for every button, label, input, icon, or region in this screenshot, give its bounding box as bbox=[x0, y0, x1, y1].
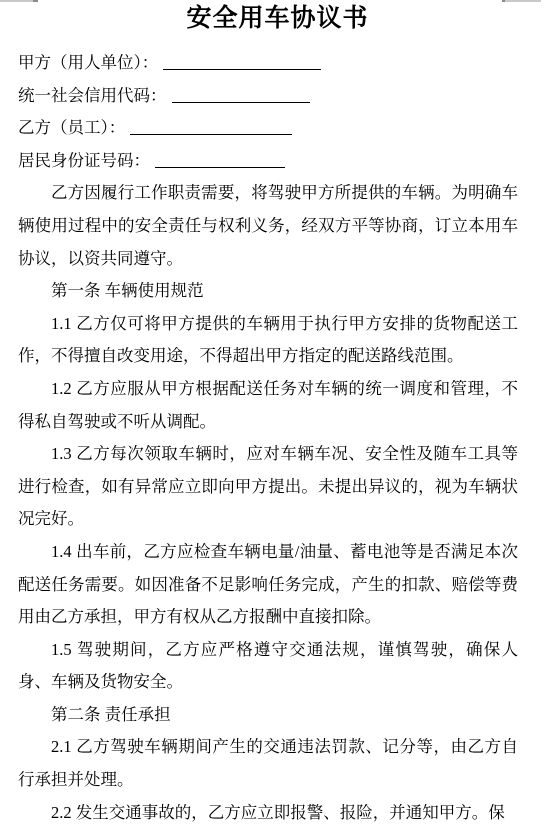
field-party-a: 甲方（用人单位）： bbox=[18, 47, 518, 80]
field-id-number-blank bbox=[155, 150, 285, 168]
field-party-a-blank bbox=[163, 52, 321, 70]
party-fields: 甲方（用人单位）： 统一社会信用代码： 乙方（员工）： 居民身份证号码： bbox=[18, 47, 518, 177]
clause-1-1: 1.1 乙方仅可将甲方提供的车辆用于执行甲方安排的货物配送工作，不得擅自改变用途… bbox=[18, 308, 518, 373]
document-body: 甲方（用人单位）： 统一社会信用代码： 乙方（员工）： 居民身份证号码： 乙方因… bbox=[18, 47, 518, 826]
document-title: 安全用车协议书 bbox=[0, 0, 555, 35]
field-credit-code: 统一社会信用代码： bbox=[18, 80, 518, 113]
document-page: 安全用车协议书 甲方（用人单位）： 统一社会信用代码： 乙方（员工）： 居民身份… bbox=[0, 0, 555, 826]
field-credit-code-label: 统一社会信用代码： bbox=[18, 86, 167, 105]
section-1-heading: 第一条 车辆使用规范 bbox=[18, 275, 518, 308]
field-party-b-blank bbox=[130, 117, 292, 135]
intro-paragraph: 乙方因履行工作职责需要，将驾驶甲方所提供的车辆。为明确车辆使用过程中的安全责任与… bbox=[18, 177, 518, 275]
field-party-b: 乙方（员工）： bbox=[18, 112, 518, 145]
field-credit-code-blank bbox=[172, 85, 310, 103]
field-id-number-label: 居民身份证号码： bbox=[18, 151, 150, 170]
clause-1-2: 1.2 乙方应服从甲方根据配送任务对车辆的统一调度和管理，不得私自驾驶或不听从调… bbox=[18, 373, 518, 438]
section-2-heading: 第二条 责任承担 bbox=[18, 699, 518, 732]
clause-1-3: 1.3 乙方每次领取车辆时，应对车辆车况、安全性及随车工具等进行检查，如有异常应… bbox=[18, 438, 518, 536]
clause-2-2: 2.2 发生交通事故的，乙方应立即报警、报险，并通知甲方。保 bbox=[18, 797, 518, 826]
clause-1-4: 1.4 出车前，乙方应检查车辆电量/油量、蓄电池等是否满足本次配送任务需要。如因… bbox=[18, 536, 518, 634]
field-party-a-label: 甲方（用人单位）： bbox=[18, 53, 158, 72]
field-party-b-label: 乙方（员工）： bbox=[18, 118, 125, 137]
clause-1-5: 1.5 驾驶期间，乙方应严格遵守交通法规，谨慎驾驶，确保人身、车辆及货物安全。 bbox=[18, 634, 518, 699]
field-id-number: 居民身份证号码： bbox=[18, 145, 518, 178]
clause-2-1: 2.1 乙方驾驶车辆期间产生的交通违法罚款、记分等，由乙方自行承担并处理。 bbox=[18, 731, 518, 796]
